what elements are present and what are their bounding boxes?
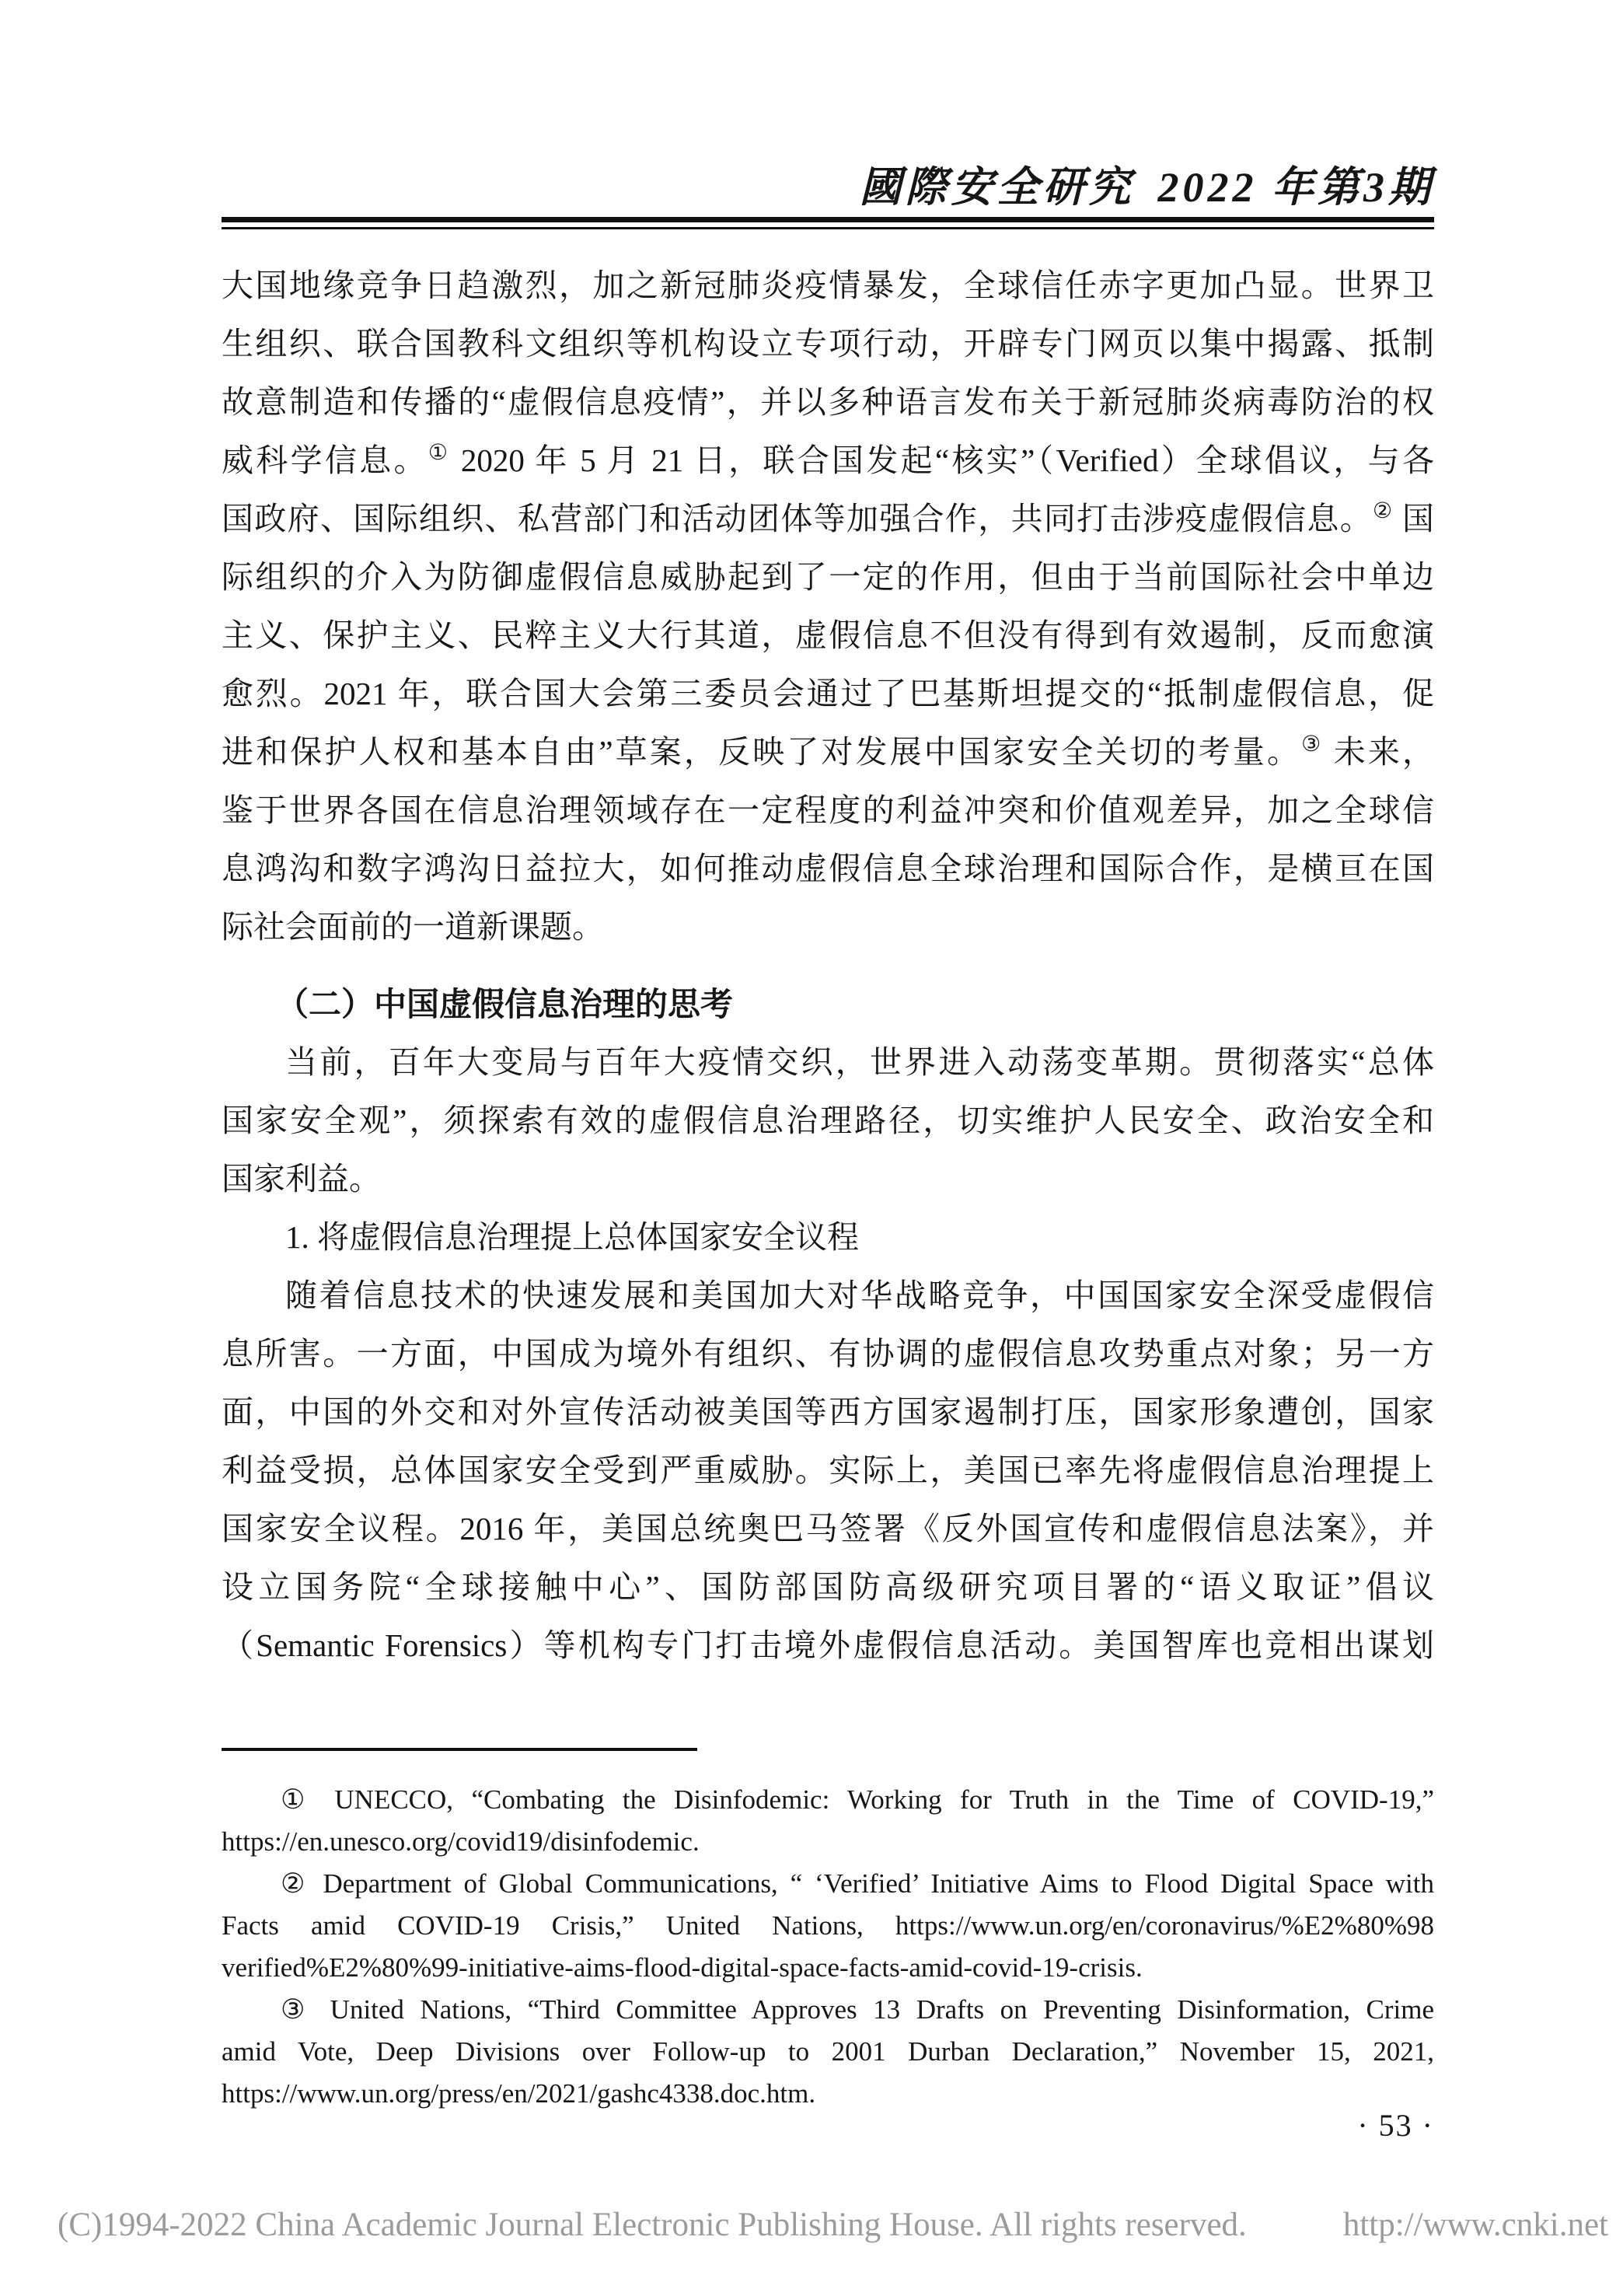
footnote-marker: ③ (1301, 732, 1323, 757)
footnote-line: Facts amid COVID-19 Crisis,” United Nati… (222, 1905, 1434, 1947)
footnote-separator (222, 1748, 697, 1751)
footer-url: http://www.cnki.net (1343, 2203, 1608, 2248)
body-line: 进和保护人权和基本自由”草案，反映了对发展中国家安全关切的考量。③ 未来， (222, 723, 1434, 781)
journal-page: 國際安全研究2022 年第3期 大国地缘竞争日趋激烈，加之新冠肺炎疫情暴发，全球… (0, 0, 1616, 2296)
body-line: 随着信息技术的快速发展和美国加大对华战略竞争，中国国家安全深受虚假信 (222, 1267, 1434, 1325)
body-line: 息所害。一方面，中国成为境外有组织、有协调的虚假信息攻势重点对象；另一方 (222, 1325, 1434, 1383)
body-line: （Semantic Forensics）等机构专门打击境外虚假信息活动。美国智库… (222, 1616, 1434, 1675)
sub-heading: 1. 将虚假信息治理提上总体国家安全议程 (222, 1208, 1434, 1267)
body-line: 国家安全议程。2016 年，美国总统奥巴马签署《反外国宣传和虚假信息法案》，并 (222, 1500, 1434, 1558)
body-line: 面，中国的外交和对外宣传活动被美国等西方国家遏制打压，国家形象遭创，国家 (222, 1383, 1434, 1442)
footnote-line: amid Vote, Deep Divisions over Follow-up… (222, 2031, 1434, 2073)
body-line: 威科学信息。① 2020 年 5 月 21 日，联合国发起“核实”（Verifi… (222, 432, 1434, 490)
body-line: 国家利益。 (222, 1150, 1434, 1208)
footnotes: ① UNECCO, “Combating the Disinfodemic: W… (222, 1779, 1434, 2115)
footnote-line: ③ United Nations, “Third Committee Appro… (222, 1989, 1434, 2031)
section-heading: （二）中国虚假信息治理的思考 (222, 975, 1434, 1033)
body-line: 国政府、国际组织、私营部门和活动团体等加强合作，共同打击涉疫虚假信息。② 国 (222, 490, 1434, 548)
body-line: 生组织、联合国教科文组织等机构设立专项行动，开辟专门网页以集中揭露、抵制 (222, 315, 1434, 373)
journal-masthead: 國際安全研究2022 年第3期 (222, 154, 1434, 214)
body-line: 主义、保护主义、民粹主义大行其道，虚假信息不但没有得到有效遏制，反而愈演 (222, 606, 1434, 665)
body-line: 息鸿沟和数字鸿沟日益拉大，如何推动虚假信息全球治理和国际合作，是横亘在国 (222, 840, 1434, 898)
footnote-marker: ② (1373, 499, 1393, 523)
body-line: 际组织的介入为防御虚假信息威胁起到了一定的作用，但由于当前国际社会中单边 (222, 548, 1434, 606)
body-line: 设立国务院“全球接触中心”、国防部国防高级研究项目署的“语义取证”倡议 (222, 1558, 1434, 1616)
body-line: 国家安全观”，须探索有效的虚假信息治理路径，切实维护人民安全、政治安全和 (222, 1092, 1434, 1150)
footnote-line: verified%E2%80%99-initiative-aims-flood-… (222, 1947, 1434, 1989)
page-number: · 53 · (222, 2107, 1434, 2144)
body-line: 鉴于世界各国在信息治理领域存在一定程度的利益冲突和价值观差异，加之全球信 (222, 781, 1434, 840)
header-rule-thin (222, 227, 1434, 229)
footer-copyright: (C)1994-2022 China Academic Journal Elec… (58, 2203, 1247, 2248)
cnki-footer: (C)1994-2022 China Academic Journal Elec… (0, 2203, 1616, 2248)
body-line: 愈烈。2021 年，联合国大会第三委员会通过了巴基斯坦提交的“抵制虚假信息，促 (222, 665, 1434, 723)
journal-title: 國際安全研究 (860, 164, 1135, 211)
body-line: 大国地缘竞争日趋激烈，加之新冠肺炎疫情暴发，全球信任赤字更加凸显。世界卫 (222, 257, 1434, 315)
body-text: 大国地缘竞争日趋激烈，加之新冠肺炎疫情暴发，全球信任赤字更加凸显。世界卫生组织、… (222, 257, 1434, 1675)
header-rule-thick (222, 217, 1434, 222)
body-line: 利益受损，总体国家安全受到严重威胁。实际上，美国已率先将虚假信息治理提上 (222, 1442, 1434, 1500)
journal-issue: 2022 年第3期 (1158, 164, 1435, 211)
body-line: 故意制造和传播的“虚假信息疫情”，并以多种语言发布关于新冠肺炎病毒防治的权 (222, 373, 1434, 432)
footnote-line: ① UNECCO, “Combating the Disinfodemic: W… (222, 1779, 1434, 1821)
footnote-marker: ① (428, 441, 450, 465)
footnote-line: https://en.unesco.org/covid19/disinfodem… (222, 1821, 1434, 1863)
body-line: 际社会面前的一道新课题。 (222, 898, 1434, 956)
footnote-line: ② Department of Global Communications, “… (222, 1863, 1434, 1905)
body-line: 当前，百年大变局与百年大疫情交织，世界进入动荡变革期。贯彻落实“总体 (222, 1033, 1434, 1092)
